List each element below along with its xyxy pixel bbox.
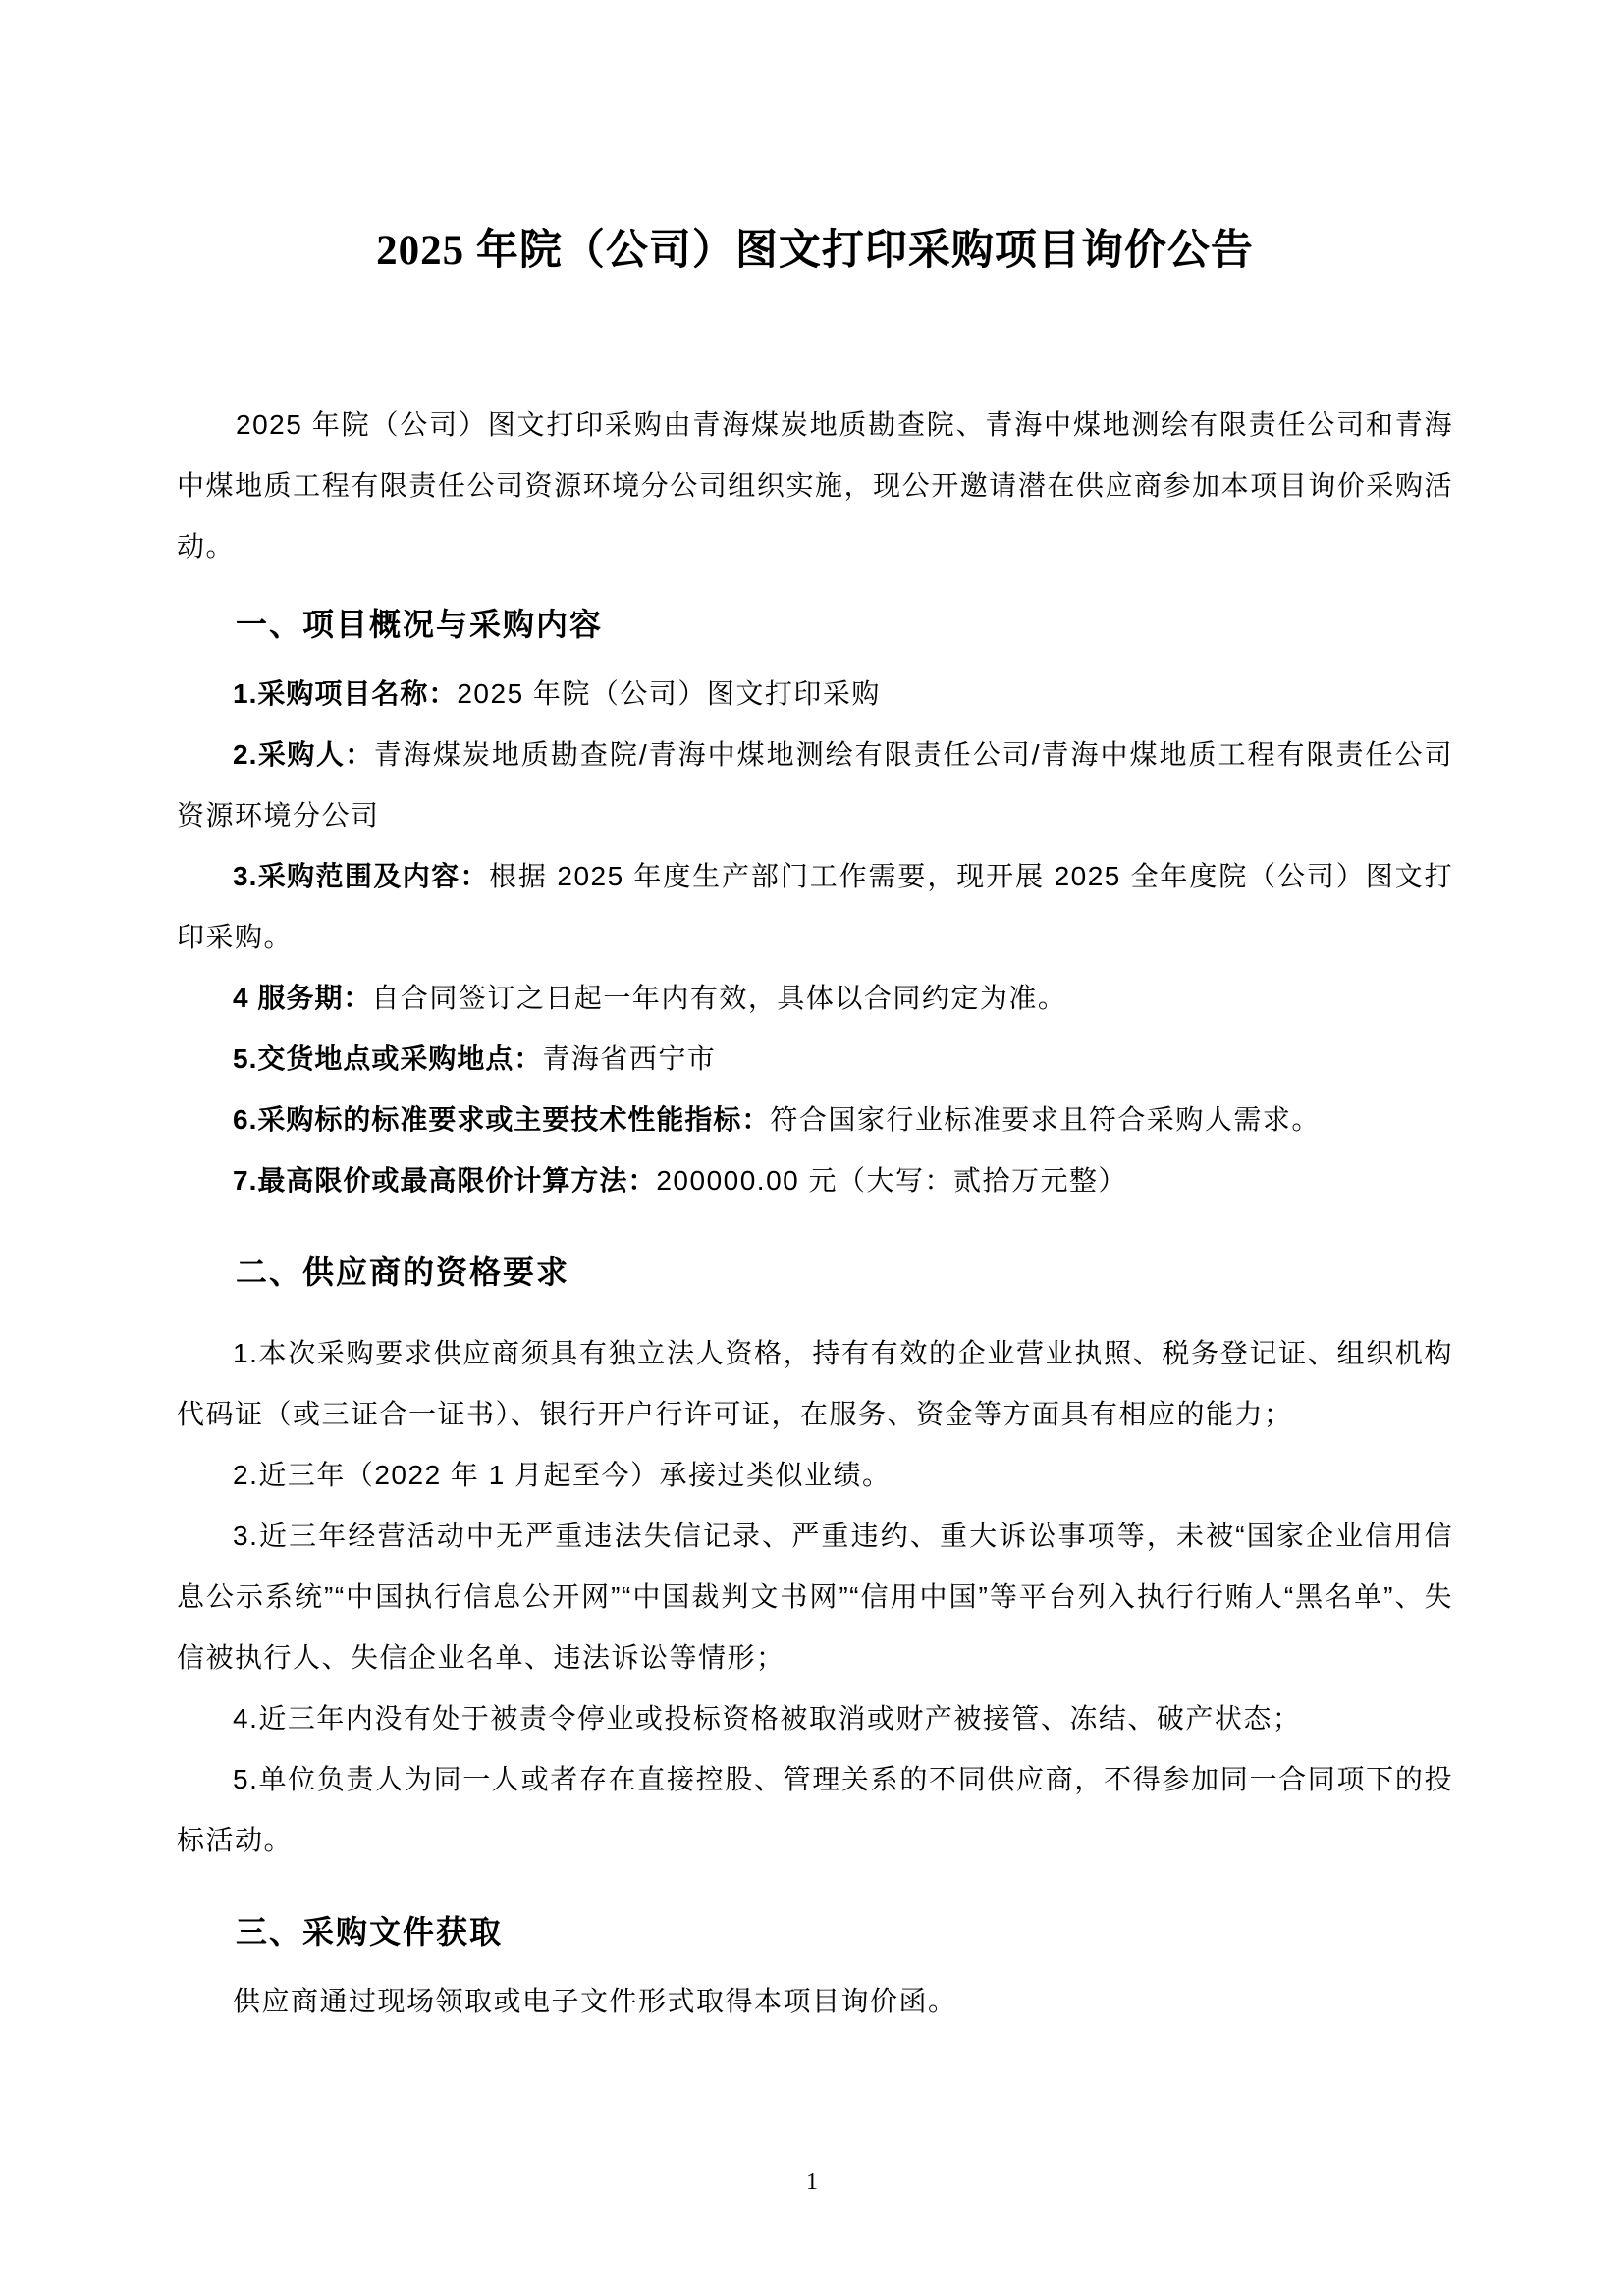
item-label: 6.采购标的标准要求或主要技术性能指标： [233, 1104, 770, 1135]
section-heading-supplier-qualifications: 二、供应商的资格要求 [177, 1241, 1453, 1304]
list-item-technical-requirements: 6.采购标的标准要求或主要技术性能指标：符合国家行业标准要求且符合采购人需求。 [177, 1090, 1453, 1150]
section-heading-project-overview: 一、项目概况与采购内容 [177, 593, 1453, 656]
item-text: 4.近三年内没有处于被责令停业或投标资格被取消或财产被接管、冻结、破产状态； [233, 1703, 1301, 1734]
document-content: 2025 年院（公司）图文打印采购项目询价公告 2025 年院（公司）图文打印采… [177, 0, 1453, 2032]
item-text: 1.本次采购要求供应商须具有独立法人资格，持有有效的企业营业执照、税务登记证、组… [177, 1338, 1453, 1429]
list-item-qualification-2: 2.近三年（2022 年 1 月起至今）承接过类似业绩。 [177, 1445, 1453, 1506]
list-item-qualification-4: 4.近三年内没有处于被责令停业或投标资格被取消或财产被接管、冻结、破产状态； [177, 1688, 1453, 1749]
list-item-qualification-5: 5.单位负责人为同一人或者存在直接控股、管理关系的不同供应商，不得参加同一合同项… [177, 1749, 1453, 1871]
item-text: 3.近三年经营活动中无严重违法失信记录、严重违约、重大诉讼事项等，未被“国家企业… [177, 1521, 1453, 1673]
list-item-project-name: 1.采购项目名称：2025 年院（公司）图文打印采购 [177, 664, 1453, 724]
item-text: 2.近三年（2022 年 1 月起至今）承接过类似业绩。 [233, 1460, 892, 1490]
list-item-qualification-3: 3.近三年经营活动中无严重违法失信记录、严重违约、重大诉讼事项等，未被“国家企业… [177, 1506, 1453, 1688]
intro-paragraph: 2025 年院（公司）图文打印采购由青海煤炭地质勘查院、青海中煤地测绘有限责任公… [177, 395, 1453, 577]
list-item-purchaser: 2.采购人：青海煤炭地质勘查院/青海中煤地测绘有限责任公司/青海中煤地质工程有限… [177, 724, 1453, 846]
list-item-price-limit: 7.最高限价或最高限价计算方法：200000.00 元（大写：贰拾万元整） [177, 1150, 1453, 1211]
list-item-document-acquisition: 供应商通过现场领取或电子文件形式取得本项目询价函。 [177, 1971, 1453, 2032]
item-text: 供应商通过现场领取或电子文件形式取得本项目询价函。 [233, 1986, 957, 2016]
item-text: 符合国家行业标准要求且符合采购人需求。 [770, 1104, 1321, 1135]
item-label: 3.采购范围及内容： [233, 861, 489, 891]
item-text: 青海省西宁市 [542, 1043, 716, 1074]
item-label: 5.交货地点或采购地点： [233, 1043, 542, 1074]
item-text: 200000.00 元（大写：贰拾万元整） [656, 1165, 1127, 1196]
item-text: 自合同签订之日起一年内有效，具体以合同约定为准。 [371, 983, 1066, 1013]
item-label: 1.采购项目名称： [233, 678, 457, 709]
item-label: 7.最高限价或最高限价计算方法： [233, 1165, 656, 1196]
list-item-delivery-location: 5.交货地点或采购地点：青海省西宁市 [177, 1029, 1453, 1090]
item-label: 2.采购人： [233, 739, 374, 770]
section-heading-document-acquisition: 三、采购文件获取 [177, 1900, 1453, 1963]
item-text: 2025 年院（公司）图文打印采购 [457, 678, 881, 709]
document-page: 2025 年院（公司）图文打印采购项目询价公告 2025 年院（公司）图文打印采… [0, 0, 1624, 2296]
item-label: 4 服务期： [233, 983, 371, 1013]
page-number: 1 [0, 2167, 1624, 2197]
list-item-qualification-1: 1.本次采购要求供应商须具有独立法人资格，持有有效的企业营业执照、税务登记证、组… [177, 1323, 1453, 1445]
item-text: 5.单位负责人为同一人或者存在直接控股、管理关系的不同供应商，不得参加同一合同项… [177, 1764, 1453, 1855]
list-item-scope: 3.采购范围及内容：根据 2025 年度生产部门工作需要，现开展 2025 全年… [177, 846, 1453, 968]
page-title: 2025 年院（公司）图文打印采购项目询价公告 [177, 0, 1453, 285]
list-item-service-period: 4 服务期：自合同签订之日起一年内有效，具体以合同约定为准。 [177, 968, 1453, 1029]
